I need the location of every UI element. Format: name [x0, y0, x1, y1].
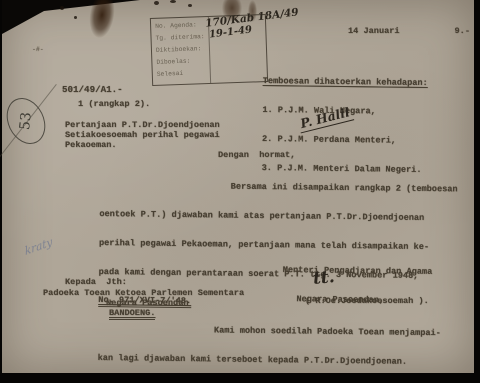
paper-sheet: No. Agenda: Tg. diterima: Diktiboekan: D…: [2, 0, 474, 373]
letter-date: 14 Januari: [348, 27, 400, 37]
ink-stain: [87, 0, 118, 40]
scanned-letter: No. Agenda: Tg. diterima: Diktiboekan: D…: [0, 0, 480, 383]
speck: [154, 1, 159, 5]
stamp-label-done: Selesai: [157, 70, 184, 78]
stamp-label-received: Tg. diterima:: [155, 33, 204, 42]
stamp-label-booked: Diktiboekan:: [156, 45, 202, 54]
speck: [188, 4, 192, 7]
body-line: Bersama ini disampaikan rangkap 2 (tembo…: [100, 181, 458, 195]
recipient-city: BANDOENG.: [109, 309, 155, 320]
speck: [60, 6, 64, 10]
recipient-heading: Kepada Jth:: [65, 278, 127, 288]
margin-mark: -#-: [32, 45, 44, 55]
initials-handwritten: tt.: [312, 267, 335, 289]
body-line: kan lagi djawaban kami terseboet kepada …: [98, 354, 456, 368]
torn-corner-stain: [2, 0, 152, 40]
speck: [74, 16, 77, 19]
closing-block: Menteri Pengadjaran dan Agama Negara Pas…: [282, 247, 432, 326]
blue-pencil-scribble: kraty: [24, 235, 53, 258]
body-line: Kami mohon soedilah Padoeka Toean menjam…: [98, 325, 456, 339]
letter-year-fragment: 9.-: [455, 27, 470, 37]
speck: [170, 0, 176, 3]
attachment-note: 1 (rangkap 2).: [78, 100, 150, 110]
tembusan-heading: Temboesan dihatoerkan kehadapan:: [263, 77, 428, 89]
body-line: oentoek P.T.) djawaban kami atas pertanj…: [99, 210, 457, 224]
tembusan-item: 2. P.J.M. Perdana Menteri,: [262, 135, 427, 147]
closing-office-line: Menteri Pengadjaran dan Agama: [283, 266, 433, 277]
stamp-label-answered: Diboelas:: [156, 58, 190, 66]
stamp-label-agenda: No. Agenda:: [155, 21, 197, 29]
salutation: Dengan hormat,: [218, 151, 295, 161]
date-line: 14 Januari 9.-: [348, 27, 470, 37]
reference-number: 501/49/A1.-: [62, 85, 123, 95]
signer-name: ( R.Oe.Joedakoesoemah ).: [305, 297, 429, 307]
subject-line: Pekaoeman.: [65, 141, 117, 151]
